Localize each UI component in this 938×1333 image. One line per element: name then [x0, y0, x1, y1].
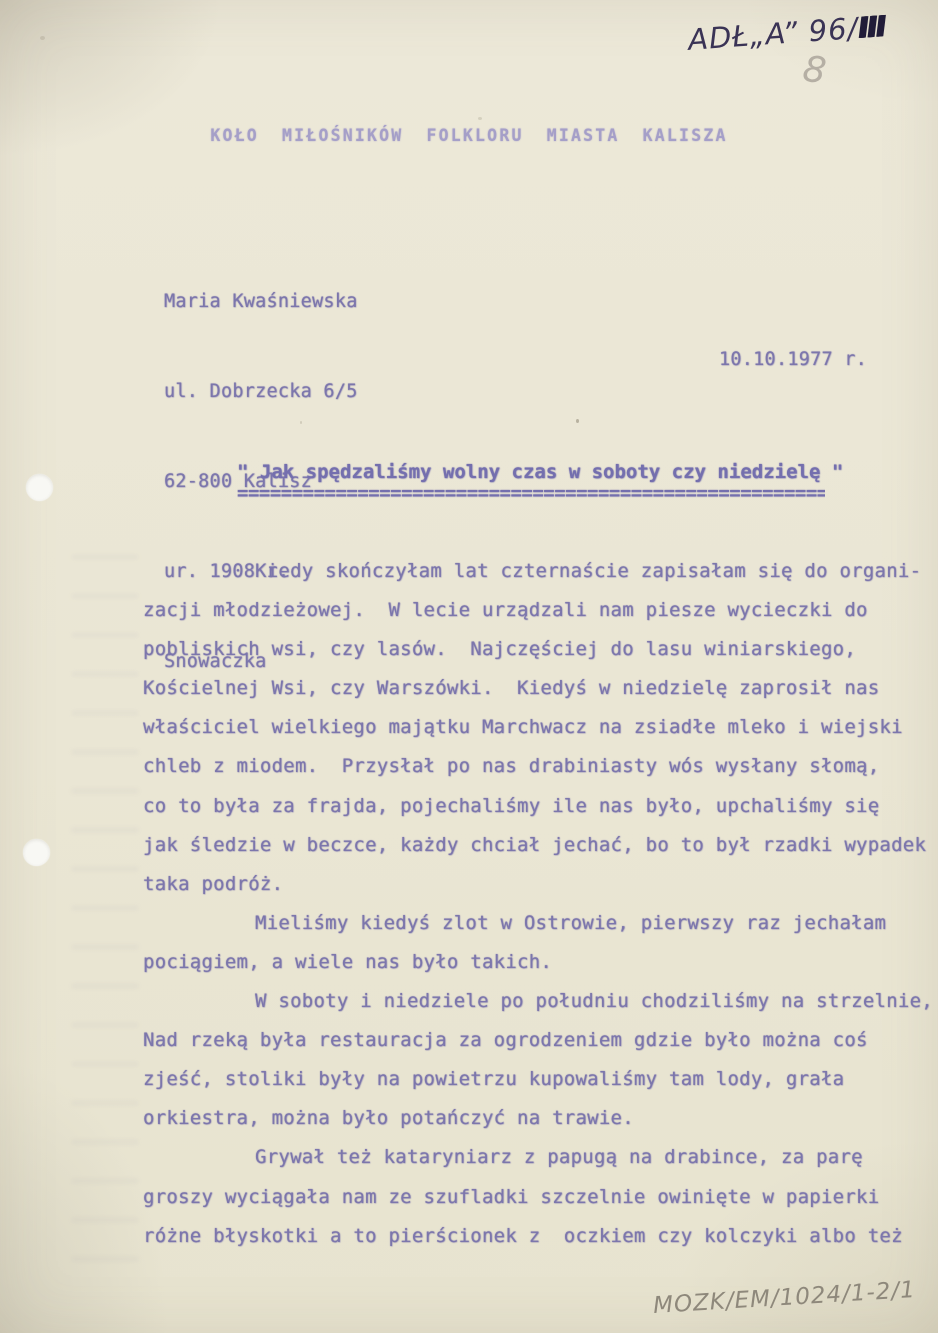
typed-line: taka podróż.	[143, 865, 938, 904]
essay-body: Kiedy skończyłam lat czternaście zapisał…	[143, 552, 938, 1256]
typed-line: pobliskich wsi, czy lasów. Najczęściej d…	[143, 630, 938, 669]
typed-line: Mieliśmy kiedyś zlot w Ostrowie, pierwsz…	[143, 904, 938, 943]
title-underline: ========================================…	[237, 482, 825, 504]
punch-hole	[26, 474, 53, 501]
pencil-page-number: 8	[800, 49, 828, 93]
typed-line: Grywał też kataryniarz z papugą na drabi…	[143, 1138, 938, 1177]
typed-line: Nad rzeką była restauracja za ogrodzenie…	[143, 1021, 938, 1060]
paper-speck	[576, 419, 579, 423]
handwritten-archive-note: ADŁ„A” 96/III	[687, 9, 886, 57]
typed-line: różne błyskotki a to pierścionek z oczki…	[143, 1217, 938, 1256]
archive-code-bottom: MOZK/EM/1024/1-2/1	[652, 1277, 916, 1319]
typed-line: jak śledzie w beczce, każdy chciał jecha…	[143, 826, 938, 865]
archive-note-text: ADŁ„A” 96/	[687, 11, 859, 57]
organization-header: KOŁO MIŁOŚNIKÓW FOLKLORU MIASTA KALISZA	[0, 126, 938, 145]
typed-line: co to była za frajda, pojechaliśmy ile n…	[143, 787, 938, 826]
typed-line: Kiedy skończyłam lat czternaście zapisał…	[143, 552, 938, 591]
author-name: Maria Kwaśniewska	[164, 287, 358, 317]
paper-speck	[40, 36, 45, 40]
document-date: 10.10.1977 r.	[719, 349, 867, 370]
typed-line: zjeść, stoliki były na powietrzu kupowal…	[143, 1060, 938, 1099]
typed-line: orkiestra, można było potańczyć na trawi…	[143, 1099, 938, 1138]
paper-speck	[478, 117, 482, 120]
punch-hole	[23, 839, 50, 866]
typed-line: groszy wyciągała nam ze szufladki szczel…	[143, 1178, 938, 1217]
typed-line: W soboty i niedziele po południu chodzil…	[143, 982, 938, 1021]
typed-line: Kościelnej Wsi, czy Warszówki. Kiedyś w …	[143, 669, 938, 708]
typed-line: zacji młodzieżowej. W lecie urządzali na…	[143, 591, 938, 630]
essay-title: " Jak spędzaliśmy wolny czas w soboty cz…	[237, 461, 843, 483]
typed-line: chleb z miodem. Przysłał po nas drabinia…	[143, 747, 938, 786]
document-page: ADŁ„A” 96/III 8 KOŁO MIŁOŚNIKÓW FOLKLORU…	[0, 0, 938, 1333]
archive-note-scribble: III	[857, 9, 886, 45]
typed-line: pociągiem, a wiele nas było takich.	[143, 943, 938, 982]
author-street: ul. Dobrzecka 6/5	[164, 377, 358, 407]
bleed-through-marks	[72, 555, 138, 1265]
typed-line: właściciel wielkiego majątku Marchwacz n…	[143, 708, 938, 747]
